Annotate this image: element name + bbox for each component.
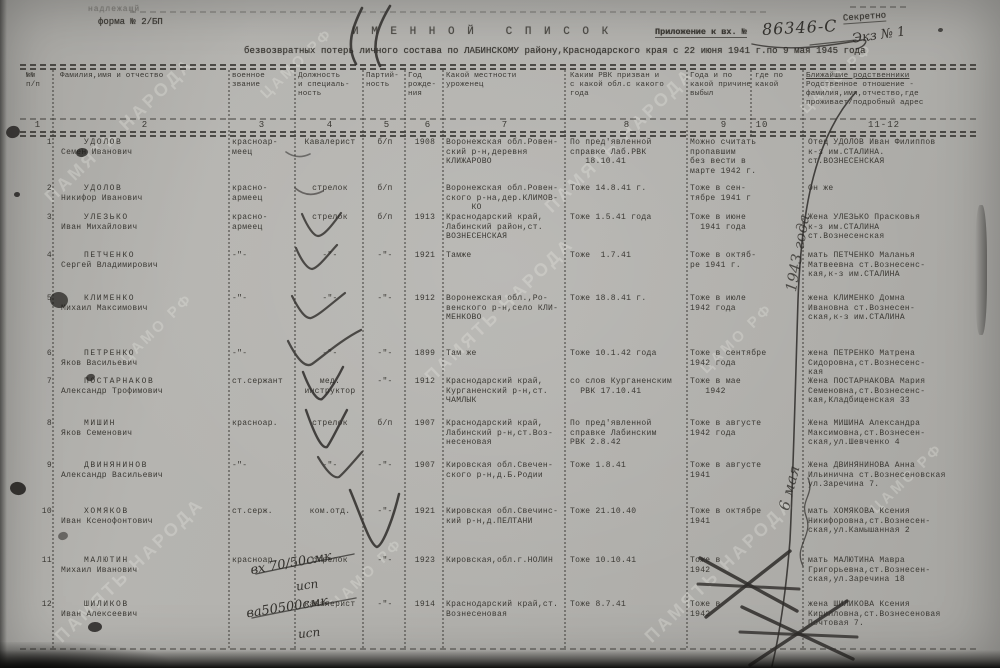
table-cell-rank: -"-	[232, 461, 294, 471]
column-header: где покакой	[755, 72, 800, 90]
form-label: форма № 2/БП	[98, 17, 163, 27]
column-number: 2	[142, 120, 148, 130]
copy-number-handwritten: Экз № 1	[851, 24, 906, 46]
faint-top-dashes2	[850, 6, 910, 8]
table-cell-origin: Кировская обл.Свечен-ского р-н,д.Б.Родии	[446, 461, 566, 480]
header-rule-top-b	[20, 68, 980, 70]
scanned-document-page: ПАМЯТЬ НАРОДАЦАМО РФПАМЯТЬ НАРОДАЦАМО РФ…	[0, 0, 1000, 668]
table-cell-origin: Воронежская обл.Ровен-ского р-на,дер.КЛИ…	[446, 184, 566, 213]
table-cell-year: 1912	[407, 377, 443, 387]
table-cell-fate: Тоже в августе1942 года	[690, 419, 794, 438]
table-cell-duty: -"-	[297, 294, 363, 304]
table-cell-kin: мать ПЕТЧЕНКО МаланьяМатвеевна ст.Вознес…	[808, 251, 998, 280]
column-number: 8	[624, 120, 630, 130]
table-cell-kin: жена ПЕТРЕНКО МатренаСидоровна,ст.Вознес…	[808, 349, 998, 378]
table-cell-kin: Отец УДОЛОВ Иван Филипповк-з им.СТАЛИНА.…	[808, 138, 998, 167]
table-cell-rank: ст.серж.	[232, 507, 294, 517]
table-cell-num: 7	[22, 377, 52, 387]
page-title: И М Е Н Н О Й С П И С О К	[352, 26, 611, 38]
table-cell-num: 3	[22, 213, 52, 223]
column-header: Фамилия,имя и отчество	[60, 72, 228, 81]
header-rule-bottom-b	[20, 135, 980, 137]
table-cell-kin: жена КЛИМЕНКО ДомнаИвановна ст.Вознесен-…	[808, 294, 998, 323]
table-cell-fate: Тоже в июле1942 года	[690, 294, 794, 313]
table-cell-duty: стрелок	[297, 184, 363, 194]
table-cell-party: -"-	[365, 294, 405, 304]
paper-stain	[938, 27, 944, 32]
table-cell-num: 12	[22, 600, 52, 610]
table-cell-num: 9	[22, 461, 52, 471]
table-cell-duty: стрелок	[297, 419, 363, 429]
table-cell-fate: Тоже в июне 1941 года	[690, 213, 794, 232]
table-cell-duty: ком.отд.	[297, 507, 363, 517]
attachment-number-handwritten: 86346-С	[762, 16, 838, 39]
table-cell-duty: -"-	[297, 349, 363, 359]
column-separator-line	[802, 70, 804, 648]
classification-label: Секретно	[843, 11, 887, 25]
column-separator-line	[52, 70, 54, 648]
table-cell-kin: Жена УЛЕЗЬКО Прасковьяк-з им.СТАЛИНАст.В…	[808, 213, 998, 242]
table-cell-rvk: Тоже 21.10.40	[570, 507, 686, 517]
table-cell-name: МИШИНЯков Семенович	[58, 419, 228, 438]
table-cell-year: 1907	[407, 419, 443, 429]
table-cell-num: 10	[22, 507, 52, 517]
column-number: 6	[425, 120, 431, 130]
header-rule-bottom-a	[20, 131, 980, 133]
table-cell-kin: мать МАЛЮТИНА МавраГригорьевна,ст.Вознес…	[808, 556, 998, 585]
table-cell-rank: красноар-меец	[232, 138, 294, 157]
table-cell-name: МАЛЮТИНМихаил Иванович	[58, 556, 228, 575]
table-cell-rank: -"-	[232, 251, 294, 261]
table-cell-party: -"-	[365, 349, 405, 359]
table-cell-fate: Тоже в августе1941	[690, 461, 794, 480]
table-cell-fate: Тоже в сен-тябре 1941 г	[690, 184, 794, 203]
table-cell-party: б/п	[365, 213, 405, 223]
column-header: Годрожде-ния	[408, 72, 446, 99]
table-cell-name: ДВИНЯНИНОВАлександр Васильевич	[58, 461, 228, 480]
table-cell-year: 1912	[407, 294, 443, 304]
table-cell-origin: Краснодарский край,Лабинский район,ст.ВО…	[446, 213, 566, 242]
table-cell-duty: Кавалерист	[297, 138, 363, 148]
table-cell-name: ШИЛИКОВИван Алексеевич	[58, 600, 228, 619]
table-cell-party: -"-	[365, 461, 405, 471]
row12-registry-subnote: исп	[297, 625, 321, 641]
left-edge-shadow	[0, 0, 7, 668]
table-cell-year: 1907	[407, 461, 443, 471]
table-cell-rank: -"-	[232, 349, 294, 359]
table-cell-fate: Можно считатьпропавшимбез вести вмарте 1…	[690, 138, 794, 176]
column-number: 10	[756, 120, 769, 130]
column-header: Ближайшие родственникиРодственное отноше…	[806, 72, 998, 108]
table-cell-party: -"-	[365, 507, 405, 517]
table-cell-rvk: со слов Курганенским РВК 17.10.41	[570, 377, 686, 396]
table-cell-year: 1913	[407, 213, 443, 223]
table-cell-num: 11	[22, 556, 52, 566]
table-cell-party: б/п	[365, 138, 405, 148]
paper-stain	[57, 531, 69, 541]
table-cell-kin: жена ШИЛИКОВА КсенияКирилловна,ст.Вознес…	[808, 600, 998, 629]
table-cell-num: 6	[22, 349, 52, 359]
table-cell-party: -"-	[365, 377, 405, 387]
table-cell-duty: мед.инструктор	[297, 377, 363, 396]
table-cell-rvk: По пред'явленнойсправке Лаб.РВК 18.10.41	[570, 138, 686, 167]
table-cell-rvk: Тоже 14.8.41 г.	[570, 184, 686, 194]
table-cell-kin: Жена ДВИНЯНИНОВА АннаИльинична ст.Вознес…	[808, 461, 998, 490]
table-cell-rank: -"-	[232, 294, 294, 304]
paper-stain	[4, 124, 21, 140]
bottom-left-shadow	[0, 642, 170, 668]
paper-stain	[88, 622, 103, 633]
column-separator-line	[686, 70, 688, 648]
row11-registry-subnote: исп	[295, 577, 319, 594]
row12-registry-note: ва50500смк	[245, 594, 329, 622]
table-cell-rvk: Тоже 10.10.41	[570, 556, 686, 566]
paper-stain	[9, 481, 27, 497]
column-number: 5	[384, 120, 390, 130]
paper-stain	[14, 192, 20, 197]
table-cell-duty: -"-	[297, 251, 363, 261]
table-cell-party: -"-	[365, 251, 405, 261]
table-cell-name: ПОСТАРНАКОВАлександр Трофимович	[58, 377, 228, 396]
table-cell-num: 1	[22, 138, 52, 148]
table-cell-origin: Краснодарский край,Курганенский р-н,ст.Ч…	[446, 377, 566, 406]
table-cell-rank: красно-армеец	[232, 184, 294, 203]
table-cell-origin: Там же	[446, 349, 566, 359]
table-cell-kin: мать ХОМЯКОВА КсенияНикифоровна,ст.Возне…	[808, 507, 998, 536]
row11-registry-note: вх 70/50смк	[249, 549, 333, 578]
column-header: Должностьи специаль-ность	[298, 72, 364, 99]
table-cell-rvk: Тоже 10.1.42 года	[570, 349, 686, 359]
table-cell-party: б/п	[365, 184, 405, 194]
column-number: 11-12	[868, 120, 900, 130]
table-cell-year: 1921	[407, 507, 443, 517]
table-cell-rank: красно-армеец	[232, 213, 294, 232]
table-cell-fate: Тоже в сентябре1942 года	[690, 349, 794, 368]
table-cell-rvk: Тоже 1.7.41	[570, 251, 686, 261]
table-cell-fate: Тоже в октябре1941	[690, 507, 794, 526]
table-cell-fate: Тоже в1942	[690, 600, 794, 619]
table-cell-rank: ст.сержант	[232, 377, 294, 387]
right-edge-tear	[975, 205, 987, 335]
table-cell-origin: Кировская обл.Свечинс-кий р-н,д.ПЕЛТАНИ	[446, 507, 566, 526]
column-header: военноезвание	[232, 72, 294, 90]
column-header: Каким РВК призван ис какой обл.с какогог…	[570, 72, 688, 99]
table-cell-rvk: Тоже 1.8.41	[570, 461, 686, 471]
table-cell-year: 1923	[407, 556, 443, 566]
table-cell-kin: Он же	[808, 184, 998, 194]
table-cell-name: УДОЛОВНикифор Иванович	[58, 184, 228, 203]
table-cell-name: ПЕТЧЕНКОСергей Владимирович	[58, 251, 228, 270]
table-cell-year: 1914	[407, 600, 443, 610]
table-cell-year: 1921	[407, 251, 443, 261]
table-cell-rank: красноар.	[232, 419, 294, 429]
table-cell-fate: Тоже в октяб-ре 1941 г.	[690, 251, 794, 270]
table-cell-rvk: Тоже 18.8.41 г.	[570, 294, 686, 304]
column-separator-line	[228, 70, 230, 648]
attachment-label: Приложение к вх. №	[655, 27, 747, 38]
column-number: 4	[327, 120, 333, 130]
column-header: №№п/п	[26, 72, 56, 90]
table-cell-year: 1908	[407, 138, 443, 148]
table-cell-duty: -"-	[297, 461, 363, 471]
table-cell-fate: Тоже в1942	[690, 556, 794, 575]
column-header: Партий-ность	[366, 72, 408, 90]
header-rule-mid	[20, 118, 980, 120]
table-cell-year: 1899	[407, 349, 443, 359]
column-header: Года и покакой причиневыбыл	[690, 72, 752, 99]
column-number: 1	[35, 120, 41, 130]
table-cell-num: 4	[22, 251, 52, 261]
table-cell-num: 2	[22, 184, 52, 194]
table-cell-name: КЛИМЕНКОМихаил Максимович	[58, 294, 228, 313]
table-cell-num: 8	[22, 419, 52, 429]
table-cell-num: 5	[22, 294, 52, 304]
table-cell-rvk: Тоже 8.7.41	[570, 600, 686, 610]
table-cell-origin: Краснодарский край,ст.Вознесеновая	[446, 600, 566, 619]
table-cell-origin: Воронежская обл.,Ро-венского р-н,село КЛ…	[446, 294, 566, 323]
table-cell-origin: Краснодарский край,Лабинский р-н,ст.Воз-…	[446, 419, 566, 448]
table-cell-origin: Воронежская обл.Ровен-ский р-н,деревняКЛ…	[446, 138, 566, 167]
table-cell-rvk: По пред'явленнойсправке ЛабинскимРВК 2.8…	[570, 419, 686, 448]
table-cell-party: б/п	[365, 419, 405, 429]
header-rule-top-a	[20, 64, 980, 66]
table-cell-name: УЛЕЗЬКОИван Михайлович	[58, 213, 228, 232]
table-cell-kin: Жена МИШИНА АлександраМаксимовна,ст.Возн…	[808, 419, 998, 448]
table-cell-origin: Тамже	[446, 251, 566, 261]
table-cell-kin: Жена ПОСТАРНАКОВА МарияСеменовна,ст.Возн…	[808, 377, 998, 406]
table-cell-fate: Тоже в мае 1942	[690, 377, 794, 396]
table-cell-origin: Кировская,обл.г.НОЛИН	[446, 556, 566, 566]
table-cell-party: -"-	[365, 600, 405, 610]
column-number: 9	[721, 120, 727, 130]
table-cell-name: ХОМЯКОВИван Ксенофонтович	[58, 507, 228, 526]
document-subtitle: безвозвратных потерь личного состава по …	[244, 46, 866, 56]
table-cell-duty: стрелок	[297, 213, 363, 223]
faint-top-dashes	[130, 11, 770, 13]
column-number: 7	[502, 120, 508, 130]
table-cell-party: -"-	[365, 556, 405, 566]
table-cell-rvk: Тоже 1.5.41 года	[570, 213, 686, 223]
column-number: 3	[259, 120, 265, 130]
table-cell-name: ПЕТРЕНКОЯков Васильевич	[58, 349, 228, 368]
column-header: Какой местностиуроженец	[446, 72, 566, 90]
